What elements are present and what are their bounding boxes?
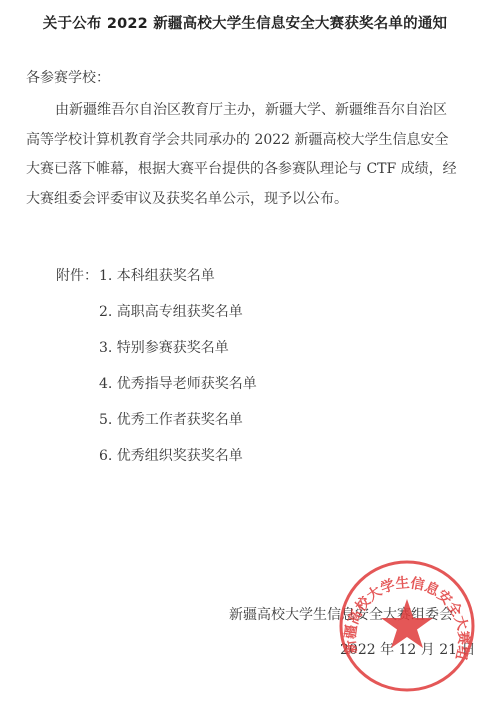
attachment-item: 4. 优秀指导老师获奖名单 [99,373,257,393]
attachments-label: 附件： [56,265,98,285]
body-line: 由新疆维吾尔自治区教育厅主办，新疆大学、新疆维吾尔自治区 [55,102,447,118]
official-seal-stamp: 新疆高校大学生信息安全大赛组委会 [336,557,478,695]
attachment-item: 5. 优秀工作者获奖名单 [99,409,243,429]
signature-organizer: 新疆高校大学生信息安全大赛组委会 [229,604,453,624]
body-paragraph: 由新疆维吾尔自治区教育厅主办，新疆大学、新疆维吾尔自治区 高等学校计算机教育学会… [26,96,462,214]
body-line: 大赛组委会评委审议及获奖名单公示，现予以公布。 [26,191,348,207]
document-title: 关于公布 2022 新疆高校大学生信息安全大赛获奖名单的通知 [0,12,490,33]
salutation: 各参赛学校： [26,67,110,87]
attachment-item: 3. 特别参赛获奖名单 [99,337,229,357]
body-line: 高等学校计算机教育学会共同承办的 2022 新疆高校大学生信息安全 [26,132,449,148]
attachment-item: 6. 优秀组织奖获奖名单 [99,445,243,465]
body-line: 大赛已落下帷幕，根据大赛平台提供的各参赛队理论与 CTF 成绩，经 [26,161,457,177]
signature-date: 2022 年 12 月 21 日 [340,639,476,659]
attachment-item: 1. 本科组获奖名单 [99,265,215,285]
attachment-item: 2. 高职高专组获奖名单 [99,301,243,321]
